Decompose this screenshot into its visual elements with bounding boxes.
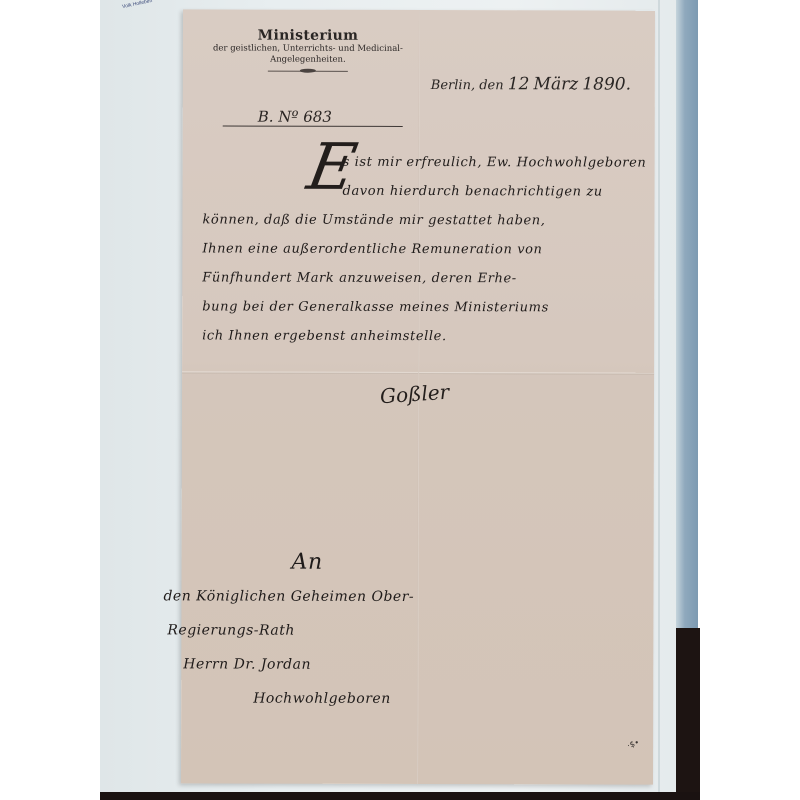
letterhead-line-1: der geistlichen, Unterrichts- und Medici… [193,43,423,55]
reference-prefix: B. Nº [258,108,299,126]
letter-body: s ist mir erfreulich, Ew. Hochwohlgebore… [202,147,643,351]
date-place: Berlin, den [431,78,504,93]
address-line: Regierungs-Rath [163,613,414,648]
body-line: Fünfhundert Mark anzuweisen, deren Erhe- [202,263,642,293]
body-line: können, daß die Umstände mir gestattet h… [202,205,642,235]
body-line: s ist mir erfreulich, Ew. Hochwohlgebore… [203,147,643,177]
letterhead-line-2: Angelegenheiten. [193,54,423,66]
body-line: bung bei der Generalkasse meines Ministe… [202,292,642,322]
reference-value: 683 [303,108,332,126]
letterhead-ornament [268,71,348,72]
body-line: davon hierdurch benachrichtigen zu [203,176,643,206]
signature: Goßler [379,380,450,409]
letterhead-title: Ministerium [193,27,423,44]
address-line: Hochwohlgeboren [163,681,414,716]
archive-stamp-mark: ·$• [626,738,641,751]
address-salutation: An [164,545,415,580]
body-line: ich Ihnen ergebenst anheimstelle. [202,321,642,351]
dark-background-bottom [100,792,700,800]
letter-date: Berlin, den 12 März 1890. [431,74,631,95]
letter-document: Ministerium der geistlichen, Unterrichts… [181,9,655,784]
date-month: März [534,74,579,94]
address-line: den Königlichen Geheimen Ober- [163,579,414,614]
address-line: Herrn Dr. Jordan [163,647,414,682]
date-day: 12 [508,74,530,94]
body-line: Ihnen eine außerordentliche Remuneration… [202,234,642,264]
photo-scene: Volk Holleben Ministerium der geistliche… [0,0,800,800]
letterhead: Ministerium der geistlichen, Unterrichts… [193,27,423,72]
date-year: 1890. [582,74,631,94]
reference-number: B. Nº 683 [223,107,403,126]
dark-background-corner [676,628,700,800]
recipient-address: An den Königlichen Geheimen Ober- Regier… [163,545,414,716]
mount-inner-edge [658,0,660,800]
mount-side-edge [676,0,698,628]
